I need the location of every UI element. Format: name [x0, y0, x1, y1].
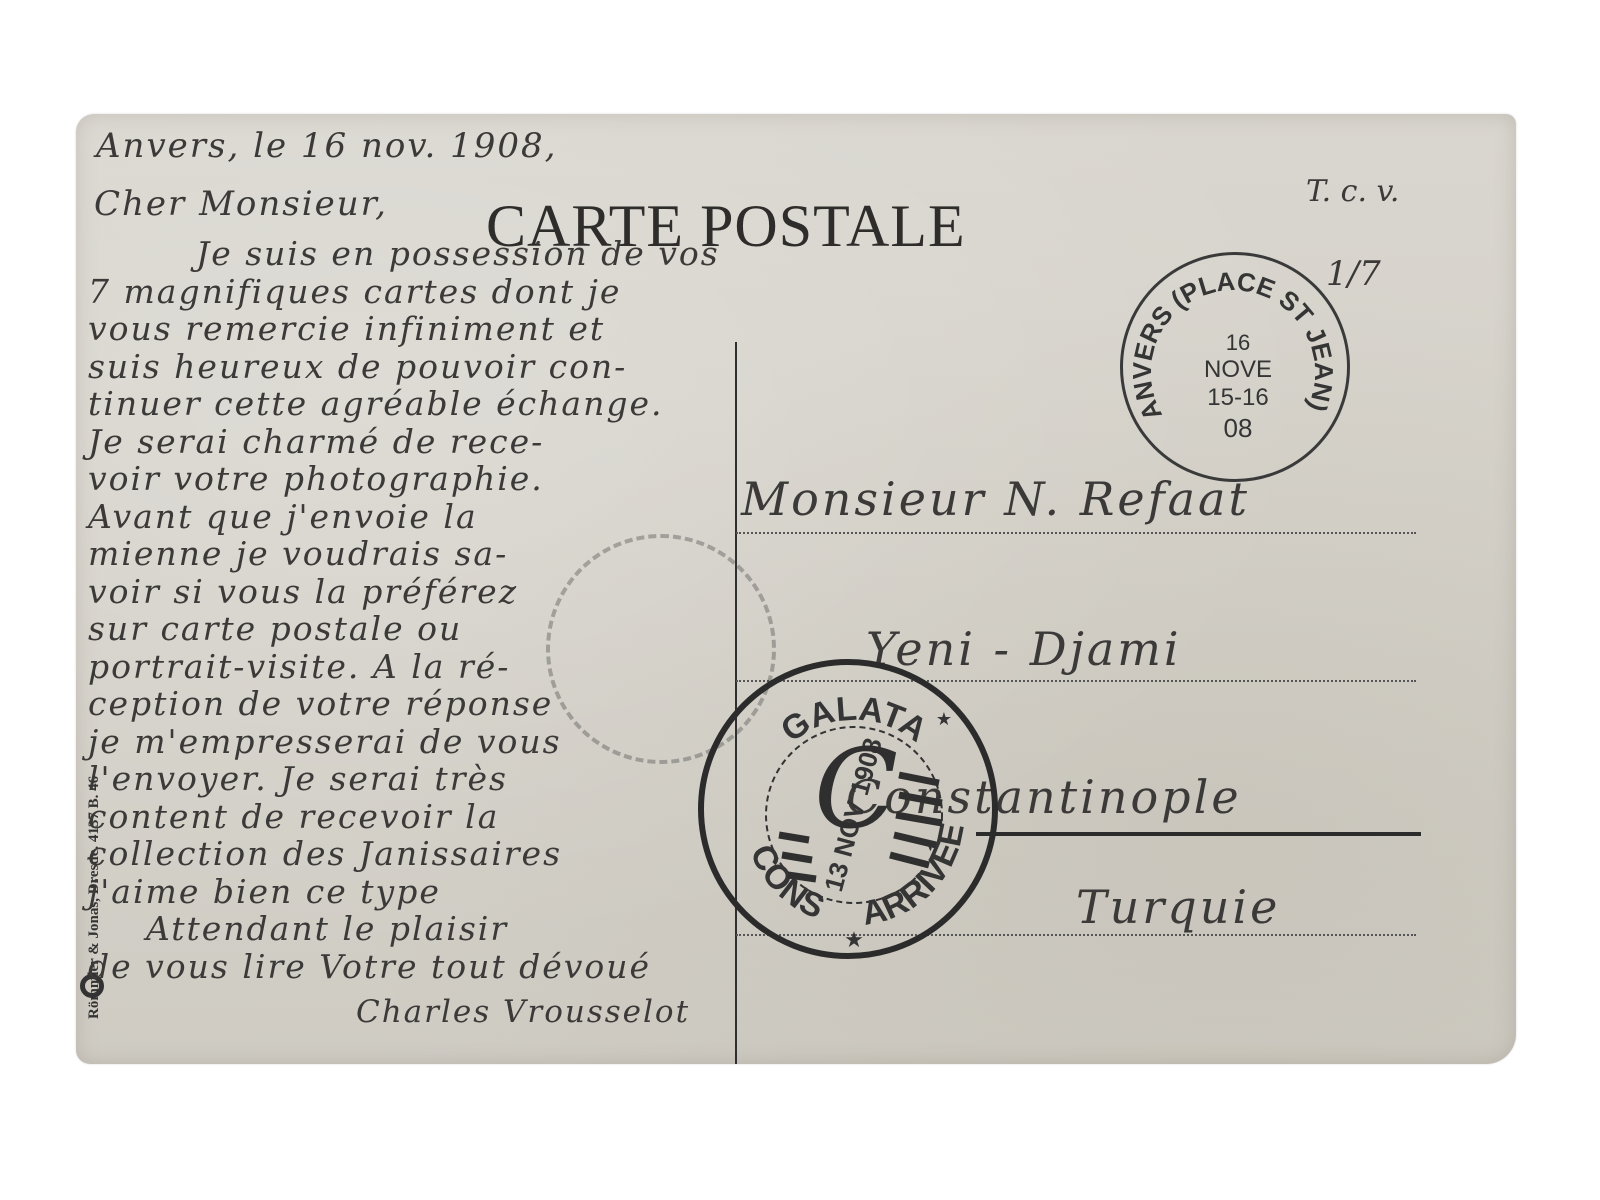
corner-note: T. c. v. — [1306, 174, 1399, 209]
postmark-departure-year: 08 — [1224, 413, 1253, 443]
message-line: portrait-visite. A la ré- — [88, 647, 510, 686]
postcard-back: CARTE POSTALE Römmler & Jonas, Dresde. 4… — [76, 114, 1516, 1064]
message-line: l'envoyer. Je serai très — [88, 759, 508, 798]
message-line: tinuer cette agréable échange. — [88, 384, 663, 423]
address-line-1-rule — [736, 532, 1416, 534]
signature: Charles Vrousselot — [356, 994, 690, 1030]
message-line: vous remercie infiniment et — [88, 309, 605, 348]
arrival-hand-mark: C — [814, 725, 898, 853]
message-line: Je suis en possession de vos — [196, 234, 720, 273]
postmark-departure-month: NOVE — [1204, 356, 1272, 383]
message-line: Avant que j'envoie la — [88, 497, 478, 536]
postmark-departure-day: 16 — [1226, 330, 1250, 355]
message-line: 7 magnifiques cartes dont je — [88, 272, 621, 311]
message-line: j'aime bien ce type — [88, 872, 441, 911]
message-line: collection des Janissaires — [88, 834, 562, 873]
svg-text:★: ★ — [936, 709, 952, 729]
postmark-departure: ANVERS (PLACE ST JEAN) 16 NOVE 15-16 08 — [1120, 252, 1350, 482]
postmark-arrival: GALATA CONS ARRIVÉE 13 NOV 1908 — [698, 659, 998, 959]
message-line: Je serai charmé de rece- — [88, 422, 544, 461]
dateline: Anvers, le 16 nov. 1908, — [96, 126, 557, 166]
message-line: sur carte postale ou — [88, 609, 462, 648]
svg-text:★: ★ — [844, 927, 864, 952]
salutation: Cher Monsieur, — [94, 184, 388, 224]
message-line: ception de votre réponse — [88, 684, 553, 723]
message-line: voir votre photographie. — [88, 459, 544, 498]
postmark-departure-time: 15-16 — [1207, 384, 1268, 411]
scan-stage: CARTE POSTALE Römmler & Jonas, Dresde. 4… — [0, 0, 1600, 1200]
message-line: mienne je voudrais sa- — [88, 534, 508, 573]
message-line: content de recevoir la — [88, 797, 499, 836]
message-line: je m'empresserai de vous — [88, 722, 562, 761]
address-line-3-rule — [976, 832, 1421, 836]
message-line: Attendant le plaisir — [146, 909, 508, 948]
address-country: Turquie — [1076, 880, 1280, 934]
message-line: suis heureux de pouvoir con- — [88, 347, 627, 386]
message-line: voir si vous la préférez — [88, 572, 518, 611]
message-line: de vous lire Votre tout dévoué — [88, 947, 651, 986]
